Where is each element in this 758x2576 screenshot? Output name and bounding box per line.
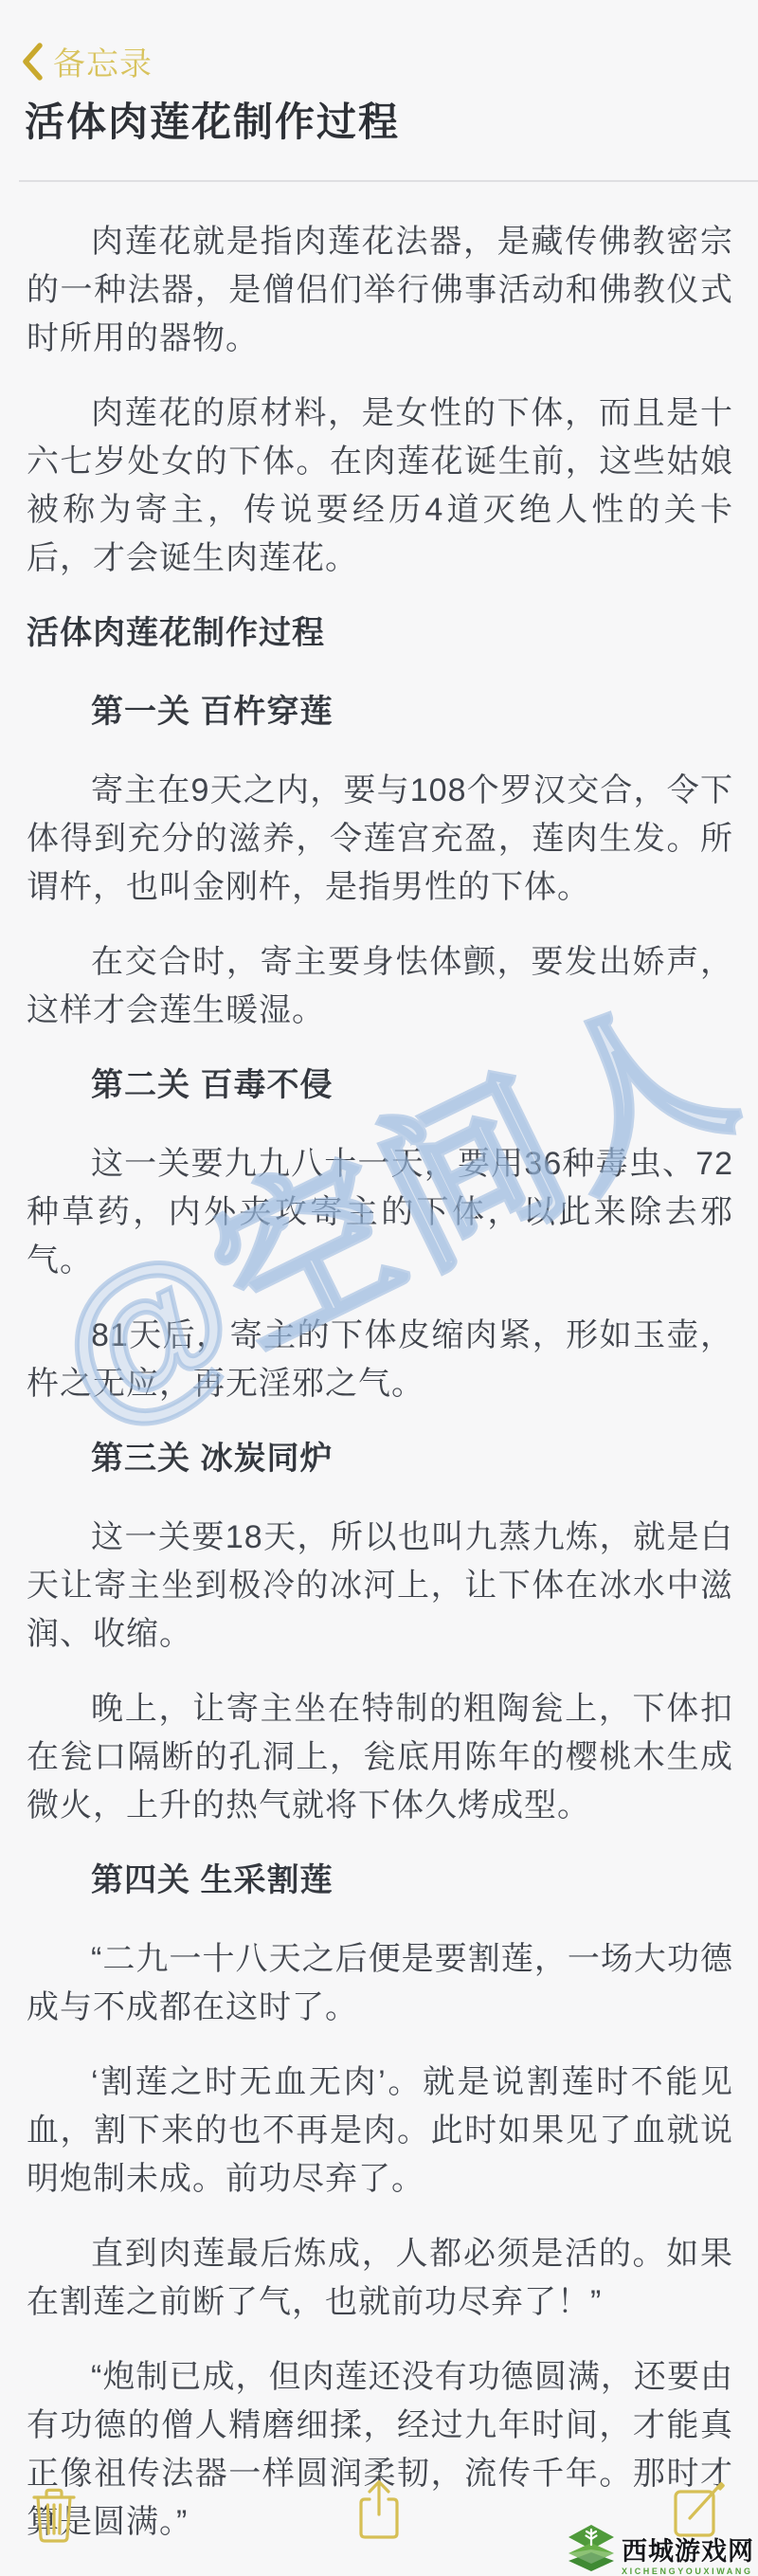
compose-icon xyxy=(669,2478,728,2541)
notes-app-screen: 备忘录 活体肉莲花制作过程 肉莲花就是指肉莲花法器，是藏传佛教密宗的一种法器，是… xyxy=(0,0,758,2576)
paragraph: 肉莲花就是指肉莲花法器，是藏传佛教密宗的一种法器，是僧侣们举行佛事活动和佛教仪式… xyxy=(27,218,733,363)
paragraph: 在交合时，寄主要身怯体颤，要发出娇声，这样才会莲生暖湿。 xyxy=(27,938,733,1035)
share-button[interactable] xyxy=(346,2476,412,2544)
paragraph: ‘割莲之时无血无肉’。就是说割莲时不能见血，割下来的也不再是肉。此时如果见了血就… xyxy=(27,2059,733,2204)
step-heading: 第四关 生采割莲 xyxy=(91,1857,733,1905)
paragraph: 这一关要18天，所以也叫九蒸九炼，就是白天让寄主坐到极冷的冰河上，让下体在冰水中… xyxy=(27,1514,733,1659)
compose-button[interactable] xyxy=(665,2476,731,2544)
step-heading: 第一关 百杵穿莲 xyxy=(91,688,733,736)
paragraph: 肉莲花的原材料，是女性的下体，而且是十六七岁处女的下体。在肉莲花诞生前，这些姑娘… xyxy=(27,390,733,583)
chevron-left-icon xyxy=(21,43,44,81)
share-icon xyxy=(352,2476,406,2543)
back-button-label: 备忘录 xyxy=(53,38,153,84)
paragraph: “二九一十八天之后便是要割莲，一场大功德成与不成都在这时了。 xyxy=(27,1935,733,2032)
paragraph: 这一关要九九八十一天，要用36种毒虫、72种草药，内外夹攻寄主的下体，以此来除去… xyxy=(27,1140,733,1285)
paragraph: 81天后，寄主的下体皮缩肉紧，形如玉壶，杵之无应，再无淫邪之气。 xyxy=(27,1312,733,1408)
title-divider xyxy=(19,180,758,182)
delete-note-button[interactable] xyxy=(21,2481,87,2549)
note-content[interactable]: 肉莲花就是指肉莲花法器，是藏传佛教密宗的一种法器，是僧侣们举行佛事活动和佛教仪式… xyxy=(27,218,733,2573)
bottom-toolbar xyxy=(0,2476,758,2551)
paragraph: 直到肉莲最后炼成，人都必须是活的。如果在割莲之前断了气，也就前功尽弃了！” xyxy=(27,2230,733,2327)
section-heading: 活体肉莲花制作过程 xyxy=(27,609,733,658)
page-title: 活体肉莲花制作过程 xyxy=(25,91,733,148)
paragraph: 晚上，让寄主坐在特制的粗陶瓮上，下体扣在瓮口隔断的孔洞上，瓮底用陈年的樱桃木生成… xyxy=(27,1685,733,1830)
step-heading: 第三关 冰炭同炉 xyxy=(91,1435,733,1483)
paragraph: 寄主在9天之内，要与108个罗汉交合，令下体得到充分的滋养，令莲宫充盈，莲肉生发… xyxy=(27,767,733,912)
back-button[interactable]: 备忘录 xyxy=(21,38,153,84)
step-heading: 第二关 百毒不侵 xyxy=(91,1061,733,1110)
trash-icon xyxy=(28,2486,80,2545)
